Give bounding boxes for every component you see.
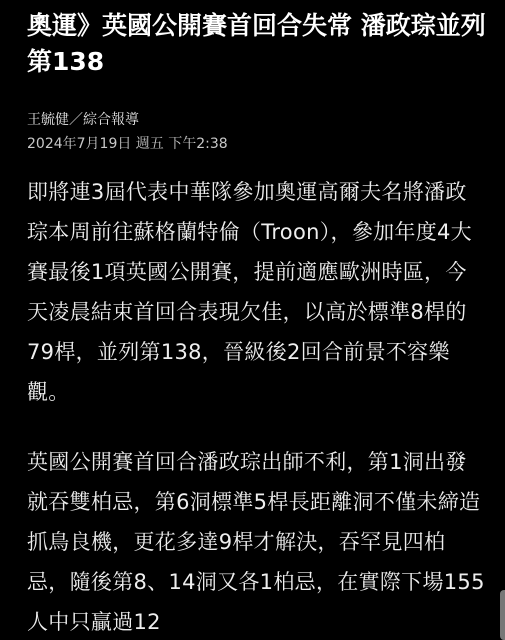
article-paragraph: 英國公開賽首回合潘政琮出師不利，第1洞出發就吞雙柏忌，第6洞標準5桿長距離洞不僅…: [27, 442, 487, 640]
article-byline: 王毓健／綜合報導: [27, 110, 487, 130]
article-title: 奧運》英國公開賽首回合失常 潘政琮並列第138: [27, 0, 487, 80]
article: 奧運》英國公開賽首回合失常 潘政琮並列第138 王毓健／綜合報導 2024年7月…: [27, 0, 487, 640]
scrollbar-thumb[interactable]: [500, 590, 505, 640]
article-paragraph: 即將連3屆代表中華隊參加奧運高爾夫名將潘政琮本周前往蘇格蘭特倫（Troon），參…: [27, 172, 487, 412]
article-dateline: 2024年7月19日 週五 下午2:38: [27, 134, 487, 154]
